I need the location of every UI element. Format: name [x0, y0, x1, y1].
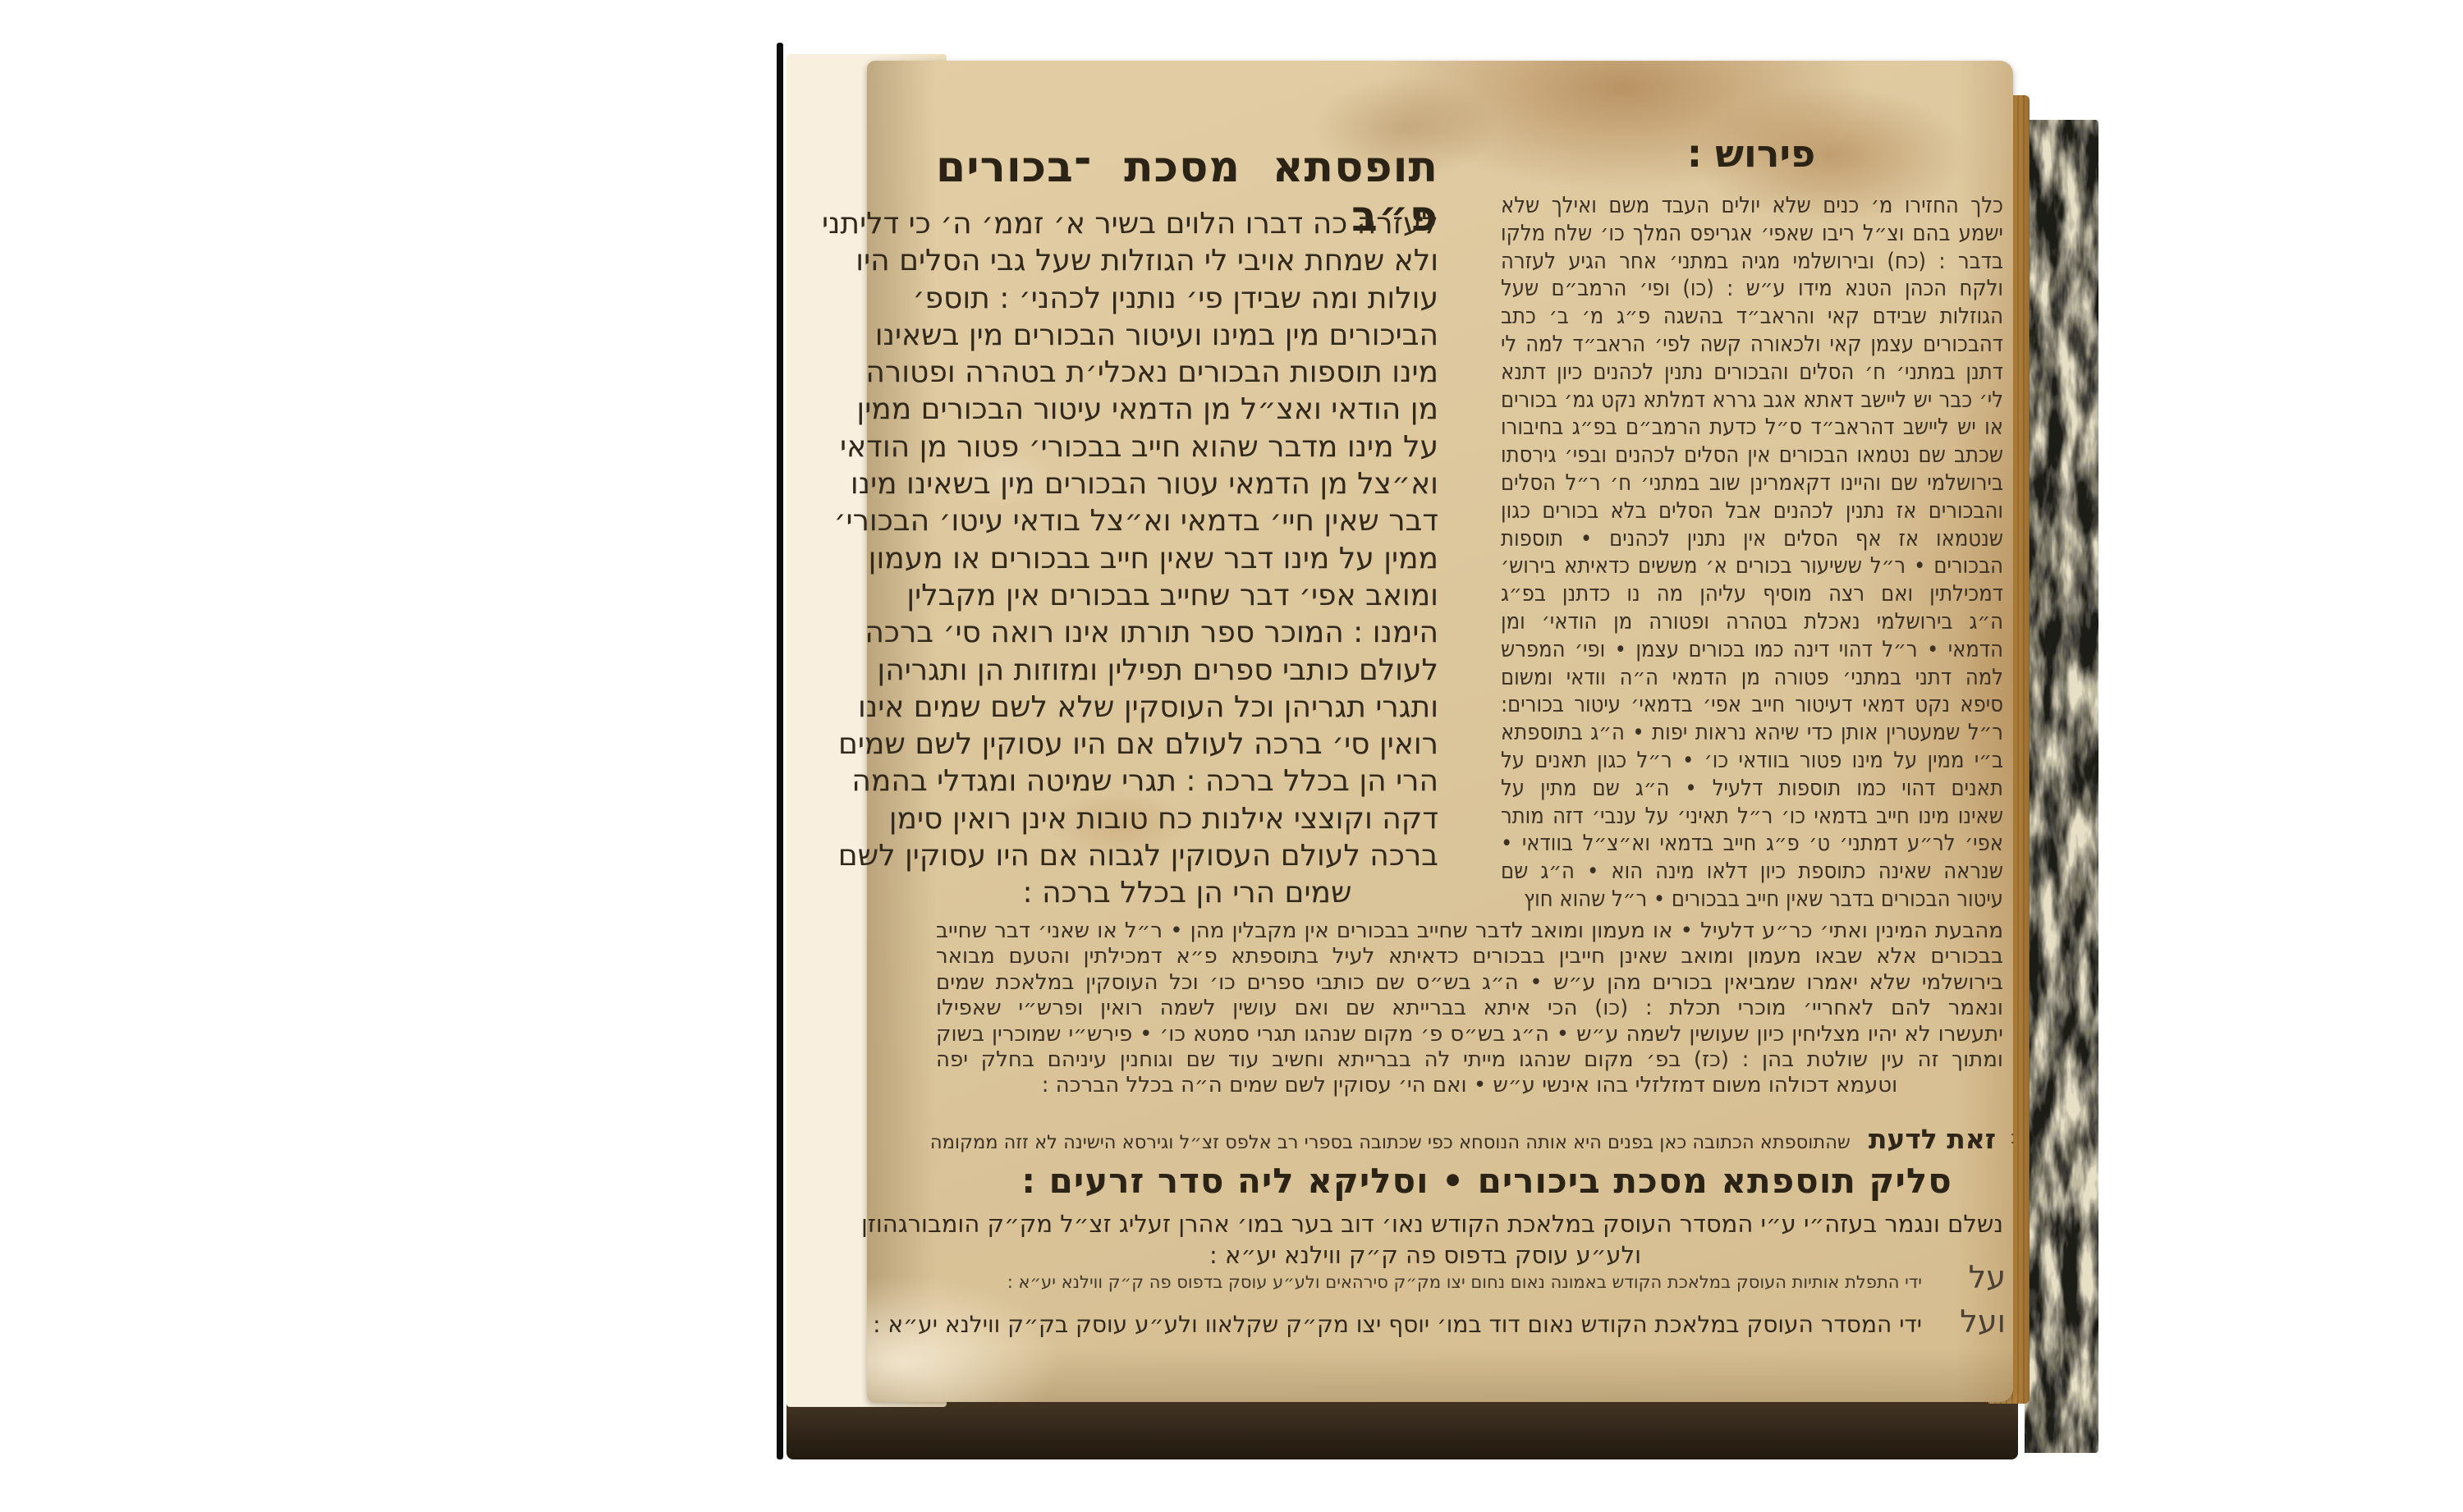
commentary-line: יתעשרו לא יהיו מצליחין כיון שעושין לשמה … [936, 1022, 2003, 1047]
margin-mark: ׃ [2010, 1128, 2016, 1148]
tosefta-line: שמים הרי הן בכלל ברכה : [936, 874, 1438, 911]
leather-cover [787, 1394, 2018, 1459]
byline-text: ידי התפלת אותיות העוסק במלאכת הקודש באמו… [1007, 1272, 1922, 1292]
commentary-line: מהבעת המינין ואתי׳ כר״ע דלעיל • או מעמון… [936, 919, 2003, 944]
commentary-line: שנראה שאינה כתוספת כיון דלאו מינה הוא • … [1501, 858, 2003, 886]
commentary-line: תאנים דהוי כמו תוספות דלעיל • ה״ג שם מתי… [1501, 775, 2003, 803]
book-page: תופסתא מסכת ־בכורים פ״ב לעזרה כה דברו הל… [867, 61, 2013, 1402]
tosefta-line: הימנו : המוכר ספר תורתו אינו רואה סי׳ בר… [936, 614, 1438, 651]
commentary-line: בבכורים אלא שבאו מעמון ומואב שאינן חייבי… [936, 944, 2003, 969]
tosefta-line: ותגרי תגריהן וכל העוסקין שלא לשם שמים אי… [936, 689, 1438, 726]
commentary-line: ונאמר להם לאחריי׳ מוכרי תכלת : (כו) הכי … [936, 996, 2003, 1021]
tosefta-line: הביכורים מין במינו ועיטור הבכורים מין בש… [936, 317, 1438, 354]
marbled-edge [2025, 120, 2098, 1453]
marble-pattern [2025, 120, 2098, 1453]
tosefta-line: ברכה לעולם העסוקין לגבוה אם היו עסוקין ל… [936, 837, 1438, 874]
commentary-line: וטעמא דכולהו משום דמזלזלי בהו אינשי ע״ש … [936, 1073, 2003, 1098]
commentary-text-column: כלך החזירו מ׳ כנים שלא יולים העבד משם וא… [1501, 192, 2003, 914]
tosefta-line: לעולם כותבי ספרים תפילין ומזוזות הן ותגר… [936, 652, 1438, 689]
tosefta-line: דבר שאין חיי׳ בדמאי וא״צל בודאי עיטו׳ הב… [936, 502, 1438, 539]
commentary-line: או יש ליישב דהראב״ד ס״ל כדעת הרמב״ם בפ״ג… [1501, 414, 2003, 442]
tosefta-line: הרי הן בכלל ברכה : תגרי שמיטה ומגדלי בהמ… [936, 763, 1438, 800]
commentary-full-width-block: מהבעת המינין ואתי׳ כר״ע דלעיל • או מעמון… [936, 919, 2003, 1099]
colophon-line-1: נשלם ונגמר בעזה״י ע״י המסדר העוסק במלאכת… [1113, 1210, 2003, 1238]
tosefta-line: ממין על מינו דבר שאין חייב בבכורים או מע… [936, 540, 1438, 577]
tosefta-line: רואין סי׳ ברכה לעולם אם היו עסוקין לשם ש… [936, 726, 1438, 763]
tosefta-line: וא״צל מן הדמאי עטור הבכורים מין בשאינו מ… [936, 465, 1438, 502]
note-text: שהתוספתא הכתובה כאן בפנים היא אותה הנוסח… [930, 1132, 1851, 1153]
commentary-line: ישמע בהם וצ״ל ריבו שאפי׳ אגריפס המלך כו׳… [1501, 220, 2003, 248]
byline-lead-word: ועל [1956, 1304, 2006, 1340]
commentary-line: שאינו מינו חייב בדמאי כו׳ ר״ל תאיני׳ על … [1501, 803, 2003, 831]
commentary-line: דתנן במתני׳ ח׳ הסלים והבכורים נתנין לכהנ… [1501, 359, 2003, 387]
commentary-line: ה״ג בירושלמי נאכלת בטהרה ופטורה מן הודאי… [1501, 608, 2003, 636]
tosefta-text-column: לעזרה כה דברו הלוים בשיר א׳ זממ׳ ה׳ כי ד… [936, 205, 1438, 912]
commentary-line: אפי׳ לר״ע דמתני׳ ט׳ פ״ג חייב בדמאי וא״צ״… [1501, 830, 2003, 858]
commentary-line: ומתוך זה עין שולטת בהן : (כז) בפ׳ מקום ש… [936, 1047, 2003, 1073]
commentary-header: פירוש : [1501, 131, 2002, 176]
commentary-line: שכתב שם נטמאו הבכורים אין הסלים לכהנים ו… [1501, 442, 2003, 470]
tosefta-line: על מינו מדבר שהוא חייב בבכורי׳ פטור מן ה… [936, 428, 1438, 465]
tosefta-line: עולות ומה שבידן פי׳ נותנין לכהני׳ : תוספ… [936, 280, 1438, 317]
commentary-line: והבכורים אז נתנין לכהנים אבל הסלים בלא ב… [1501, 497, 2003, 525]
book-photo: תופסתא מסכת ־בכורים פ״ב לעזרה כה דברו הל… [0, 0, 2463, 1512]
book-gutter-line [777, 43, 783, 1459]
commentary-line: ב״י ממין על מינו פטור בוודאי כו׳ • ר״ל כ… [1501, 747, 2003, 775]
commentary-line: למה דתני במתני׳ פטורה מן הדמאי ה״ה וודאי… [1501, 664, 2003, 692]
commentary-line: בדבר : (כח) ובירושלמי מגיה במתני׳ אחר הג… [1501, 248, 2003, 276]
commentary-line: דמכילתין ואם רצה מוסיף עליהן מה נו כדתנן… [1501, 580, 2003, 608]
tosefta-line: מן הודאי ואצ״ל מן הדמאי עיטור הבכורים ממ… [936, 391, 1438, 428]
tosefta-line: דקה וקוצצי אילנות כח טובות אינן רואין סי… [936, 800, 1438, 837]
tosefta-line: לעזרה כה דברו הלוים בשיר א׳ זממ׳ ה׳ כי ד… [936, 205, 1438, 242]
byline-lead-word: על [1956, 1259, 2006, 1295]
commentary-line: הדמאי • ר״ל דהוי דינה כמו בכורים עצמן • … [1501, 636, 2003, 664]
byline-text: ידי המסדר העוסק במלאכת הקודש נאום דוד במ… [873, 1311, 1922, 1338]
commentary-line: הגוזלות שבידם קאי והראב״ד בהשגה פ״ג מ׳ ב… [1501, 303, 2003, 331]
tosefta-line: ולא שמחת אויבי לי הגוזלות שעל גבי הסלים … [936, 242, 1438, 279]
commentary-line: כלך החזירו מ׳ כנים שלא יולים העבד משם וא… [1501, 192, 2003, 220]
note-line: זאת לדעת שהתוספתא הכתובה כאן בפנים היא א… [945, 1123, 1996, 1155]
commentary-line: ר״ל שמעטרין אותן כדי שיהא נראות יפות • ה… [1501, 719, 2003, 747]
byline-row: ועל ידי המסדר העוסק במלאכת הקודש נאום דו… [937, 1304, 2006, 1340]
tosefta-line: מינו תוספות הבכורים נאכלי׳ת בטהרה ופטורה [936, 354, 1438, 391]
colophon-by-lines: על ידי התפלת אותיות העוסק במלאכת הקודש ב… [937, 1259, 2006, 1348]
commentary-line: בירושלמי שם והיינו דקאמרינן שוב במתני׳ ח… [1501, 470, 2003, 497]
commentary-line: בירושלמי שלא יאמרו שמביאין בכורים מהן ע״… [936, 970, 2003, 996]
commentary-line: עיטור הבכורים בדבר שאין חייב בבכורים • ר… [1501, 886, 2003, 914]
commentary-line: הבכורים • ר״ל ששיעור בכורים א׳ מששים כדא… [1501, 552, 2003, 580]
commentary-line: לי׳ כבר יש ליישב דאתא אגב גררא דמלתא נקט… [1501, 387, 2003, 415]
byline-row: על ידי התפלת אותיות העוסק במלאכת הקודש ב… [937, 1259, 2006, 1295]
note-lead-word: זאת לדעת [1869, 1123, 1996, 1155]
silluk-line: סליק תוספתא מסכת ביכורים • וסליקא ליה סד… [1015, 1161, 1959, 1201]
commentary-line: סיפא נקט דמאי דעיטור חייב אפי׳ בדמאי׳ עי… [1501, 691, 2003, 719]
commentary-line: דהבכורים עצמן קאי ולכאורה קשה לפי׳ הראב״… [1501, 331, 2003, 359]
commentary-line: ולקח הכהן הטנא מידו ע״ש : (כו) ופי׳ הרמב… [1501, 275, 2003, 303]
commentary-line: שנטמאו אז אף הסלים אין נתנין לכהנים • תו… [1501, 525, 2003, 553]
tosefta-line: ומואב אפי׳ דבר שחייב בבכורים אין מקבלין [936, 577, 1438, 614]
